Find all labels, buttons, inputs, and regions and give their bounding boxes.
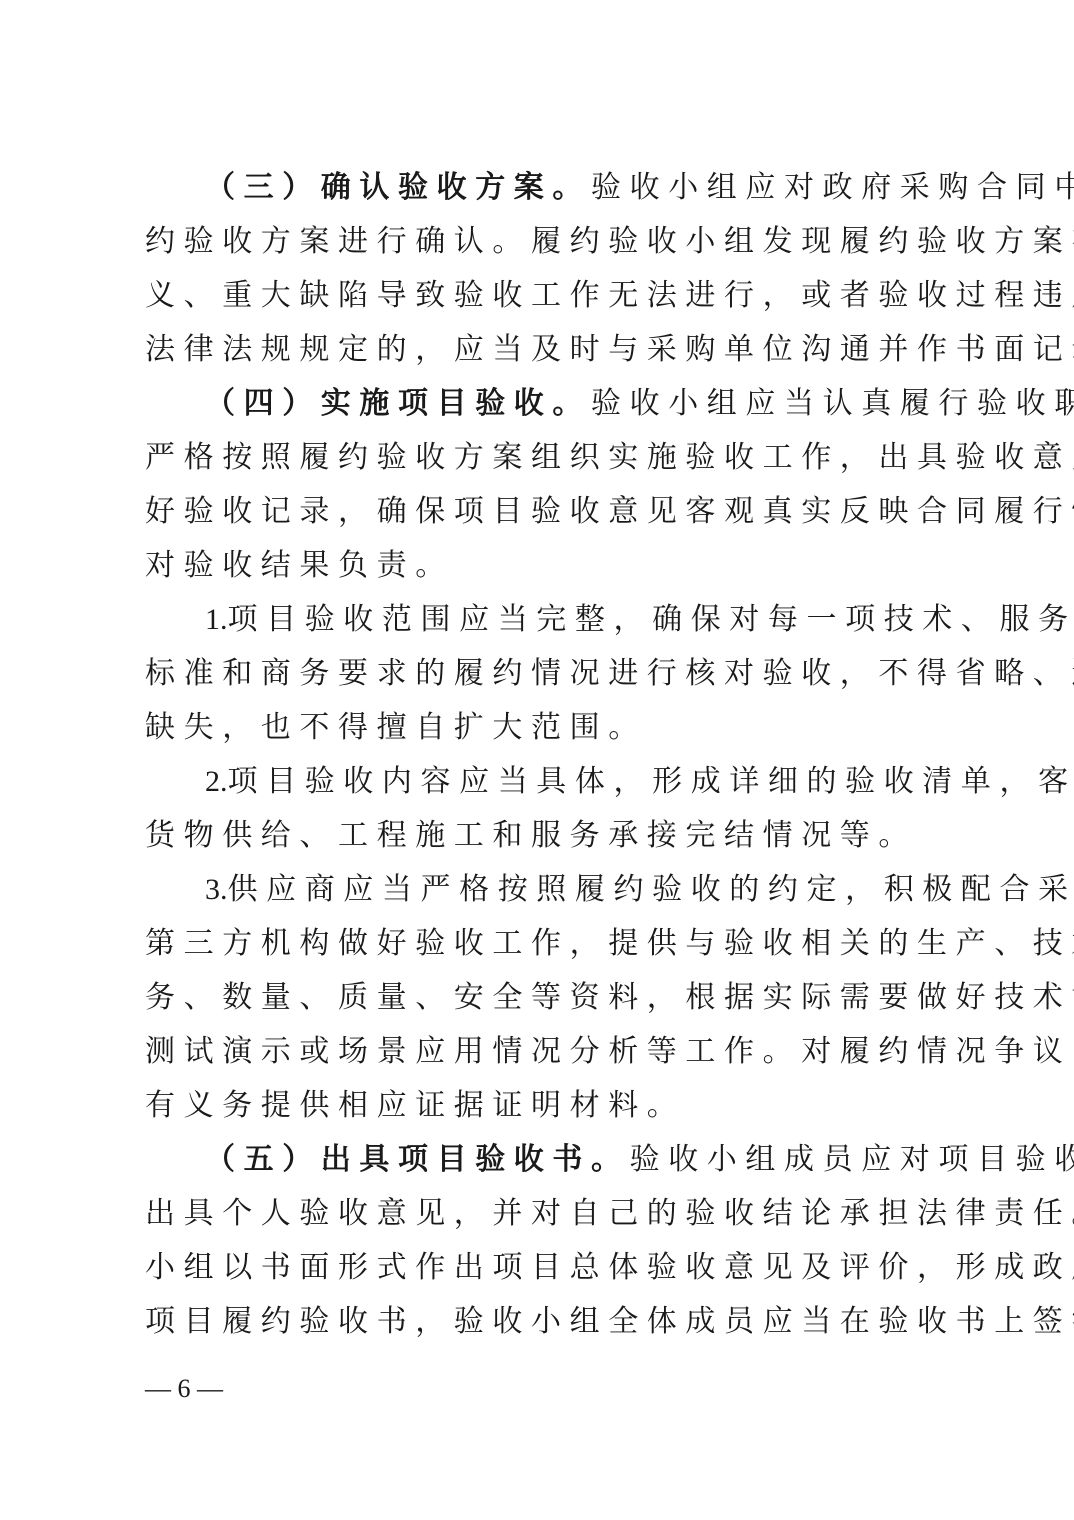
- section-4-heading: （四）实施项目验收。: [205, 386, 591, 421]
- item-3-line-5: 有义务提供相应证据证明材料。: [145, 1086, 945, 1126]
- section-4-line-2: 严格按照履约验收方案组织实施验收工作，出具验收意见，做: [145, 438, 945, 478]
- item-3-line-2: 第三方机构做好验收工作，提供与验收相关的生产、技术、服: [145, 924, 945, 964]
- item-1-text: 项目验收范围应当完整，确保对每一项技术、服务、安全: [228, 602, 1074, 637]
- section-5-line-4: 项目履约验收书，验收小组全体成员应当在验收书上签字确认，: [145, 1302, 945, 1342]
- item-3-line-4: 测试演示或场景应用情况分析等工作。对履约情况争议问题，: [145, 1032, 945, 1072]
- section-4-line-4: 对验收结果负责。: [145, 546, 945, 586]
- page-number: — 6 —: [145, 1372, 223, 1406]
- section-3-heading: （三）确认验收方案。: [205, 170, 591, 205]
- item-2-number: 2.: [205, 765, 228, 798]
- section-5-line-3: 小组以书面形式作出项目总体验收意见及评价，形成政府采购: [145, 1248, 945, 1288]
- section-5-heading: （五）出具项目验收书。: [205, 1142, 630, 1177]
- item-1-number: 1.: [205, 603, 228, 636]
- section-4-line-1: （四）实施项目验收。验收小组应当认真履行验收职责，: [205, 384, 1005, 424]
- section-3-line-2: 约验收方案进行确认。履约验收小组发现履约验收方案存在歧: [145, 222, 945, 262]
- section-3-line-3: 义、重大缺陷导致验收工作无法进行，或者验收过程违反有关: [145, 276, 945, 316]
- section-4-line-3: 好验收记录，确保项目验收意见客观真实反映合同履行情况，: [145, 492, 945, 532]
- item-2-text: 项目验收内容应当具体，形成详细的验收清单，客观反映: [228, 764, 1074, 799]
- section-5-line-1: （五）出具项目验收书。验收小组成员应对项目验收结果: [205, 1140, 1005, 1180]
- item-2-line-1: 2.项目验收内容应当具体，形成详细的验收清单，客观反映: [205, 762, 1005, 802]
- item-3-line-3: 务、数量、质量、安全等资料，根据实际需要做好技术说明、: [145, 978, 945, 1018]
- section-5-line-2: 出具个人验收意见，并对自己的验收结论承担法律责任。验收: [145, 1194, 945, 1234]
- section-3-line-1: （三）确认验收方案。验收小组应对政府采购合同中的履: [205, 168, 1005, 208]
- section-4-text: 验收小组应当认真履行验收职责，: [591, 386, 1074, 421]
- item-3-line-1: 3.供应商应当严格按照履约验收的约定，积极配合采购单位、: [205, 870, 1005, 910]
- item-1-line-3: 缺失，也不得擅自扩大范围。: [145, 708, 945, 748]
- item-2-line-2: 货物供给、工程施工和服务承接完结情况等。: [145, 816, 945, 856]
- document-page: （三）确认验收方案。验收小组应对政府采购合同中的履 约验收方案进行确认。履约验收…: [0, 0, 1074, 1520]
- item-1-line-2: 标准和商务要求的履约情况进行核对验收，不得省略、遗漏和: [145, 654, 945, 694]
- section-5-text: 验收小组成员应对项目验收结果: [630, 1142, 1074, 1177]
- item-3-number: 3.: [205, 873, 228, 906]
- item-1-line-1: 1.项目验收范围应当完整，确保对每一项技术、服务、安全: [205, 600, 1005, 640]
- section-3-text: 验收小组应对政府采购合同中的履: [591, 170, 1074, 205]
- section-3-line-4: 法律法规规定的，应当及时与采购单位沟通并作书面记录。: [145, 330, 945, 370]
- item-3-text: 供应商应当严格按照履约验收的约定，积极配合采购单位、: [228, 872, 1074, 907]
